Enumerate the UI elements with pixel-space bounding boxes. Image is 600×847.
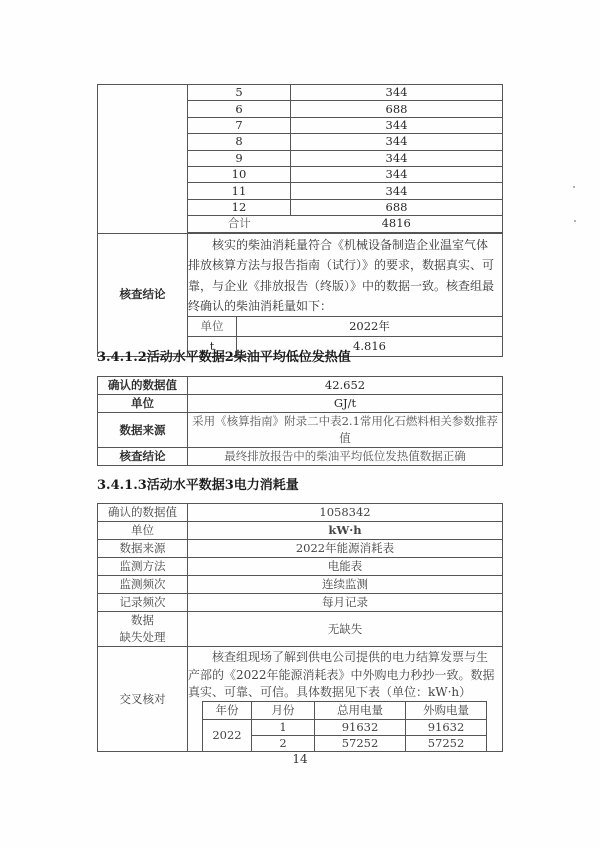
page-number: 14 — [0, 752, 600, 766]
scan-speck — [574, 220, 576, 222]
table-row: 单位kW·h — [98, 522, 503, 540]
row-value: 采用《核算指南》附录二中表2.1常用化石燃料相关参数推荐值 — [188, 413, 503, 448]
value-cell: 344 — [291, 134, 503, 150]
row-label: 确认的数据值 — [98, 504, 188, 522]
row-label: 单位 — [98, 395, 188, 413]
value-cell: 344 — [291, 183, 503, 199]
month-cell: 1 — [252, 720, 315, 736]
value-cell: 344 — [291, 166, 503, 182]
row-value: 1058342 — [188, 504, 503, 522]
table-row: 核查结论最终排放报告中的柴油平均低位发热值数据正确 — [98, 448, 503, 466]
table-row: 7344 — [188, 117, 502, 133]
value-cell: 344 — [291, 117, 503, 133]
value-cell: 344 — [291, 150, 503, 166]
table-row: 监测频次连续监测 — [98, 576, 503, 594]
value-cell: 688 — [291, 199, 503, 215]
row-label: 核查结论 — [98, 448, 188, 466]
empty-label-cell — [98, 85, 188, 234]
conclusion-label: 核查结论 — [98, 233, 188, 356]
section-heading: 3.4.1.3活动水平数据3电力消耗量 — [97, 474, 299, 493]
cross-check-label: 交叉核对 — [98, 647, 188, 752]
row-value: 电能表 — [188, 558, 503, 576]
month-cell: 6 — [188, 101, 291, 117]
month-cell: 9 — [188, 150, 291, 166]
table-header-row: 年份 月份 总用电量 外购电量 — [203, 702, 487, 720]
month-cell: 8 — [188, 134, 291, 150]
header-cell: 2022年 — [237, 316, 503, 336]
table-row: 2022 1 91632 91632 — [203, 720, 487, 736]
table-row: 单位GJ/t — [98, 395, 503, 413]
monthly-table: 5344 6688 7344 8344 9344 10344 11344 126… — [188, 85, 502, 233]
table-row: 10344 — [188, 166, 502, 182]
conclusion-cell: 核实的柴油消耗量符合《机械设备制造企业温室气体排放核算方法与报告指南（试行）》的… — [188, 233, 503, 356]
total-value: 4816 — [291, 216, 503, 232]
header-cell: 年份 — [203, 702, 252, 720]
header-cell: 单位 — [188, 316, 237, 336]
table-row: 监测方法电能表 — [98, 558, 503, 576]
row-value: 42.652 — [188, 377, 503, 395]
month-cell: 11 — [188, 183, 291, 199]
row-label: 数据 缺失处理 — [98, 612, 188, 647]
diesel-consumption-table: 5344 6688 7344 8344 9344 10344 11344 126… — [97, 84, 503, 357]
table-row: 9344 — [188, 150, 502, 166]
row-label: 数据来源 — [98, 413, 188, 448]
section-heading: 3.4.1.2活动水平数据2柴油平均低位发热值 — [97, 346, 351, 365]
table-row: 记录频次每月记录 — [98, 594, 503, 612]
cross-check-row: 交叉核对 核查组现场了解到供电公司提供的电力结算发票与生产部的《2022年能源消… — [98, 647, 503, 752]
table-row: 单位 2022年 — [188, 316, 502, 336]
scan-speck — [573, 186, 575, 188]
row-value: kW·h — [188, 522, 503, 540]
heat-value-table: 确认的数据值42.652 单位GJ/t 数据来源采用《核算指南》附录二中表2.1… — [97, 376, 503, 466]
total-row: 合计4816 — [188, 216, 502, 232]
header-cell: 月份 — [252, 702, 315, 720]
month-cell: 12 — [188, 199, 291, 215]
table-row: 确认的数据值1058342 — [98, 504, 503, 522]
monthly-electricity-table: 年份 月份 总用电量 外购电量 2022 1 91632 91632 2 572… — [202, 701, 487, 751]
label-line: 数据 — [98, 612, 187, 629]
table-row: 数据 缺失处理 无缺失 — [98, 612, 503, 647]
row-label: 监测频次 — [98, 576, 188, 594]
row-value: 每月记录 — [188, 594, 503, 612]
conclusion-text: 核实的柴油消耗量符合《机械设备制造企业温室气体排放核算方法与报告指南（试行）》的… — [188, 234, 502, 316]
table-row: 5344 — [188, 85, 502, 101]
value-cell: 344 — [291, 85, 503, 101]
header-cell: 总用电量 — [315, 702, 406, 720]
row-value: 2022年能源消耗表 — [188, 540, 503, 558]
row-value: 无缺失 — [188, 612, 503, 647]
month-cell: 10 — [188, 166, 291, 182]
table-row: 数据来源2022年能源消耗表 — [98, 540, 503, 558]
total-label: 合计 — [188, 216, 291, 232]
cross-check-cell: 核查组现场了解到供电公司提供的电力结算发票与生产部的《2022年能源消耗表》中外… — [188, 647, 503, 752]
table-row: 12688 — [188, 199, 502, 215]
purchased-cell: 91632 — [406, 720, 487, 736]
table-row: 8344 — [188, 134, 502, 150]
row-value: GJ/t — [188, 395, 503, 413]
value-cell: 688 — [291, 101, 503, 117]
row-label: 数据来源 — [98, 540, 188, 558]
table-row: 6688 — [188, 101, 502, 117]
purchased-cell: 57252 — [406, 736, 487, 752]
cross-check-text: 核查组现场了解到供电公司提供的电力结算发票与生产部的《2022年能源消耗表》中外… — [188, 647, 502, 701]
table-row: 数据来源采用《核算指南》附录二中表2.1常用化石燃料相关参数推荐值 — [98, 413, 503, 448]
table-row: 确认的数据值42.652 — [98, 377, 503, 395]
month-cell: 2 — [252, 736, 315, 752]
total-cell: 57252 — [315, 736, 406, 752]
label-line: 缺失处理 — [98, 629, 187, 646]
row-label: 确认的数据值 — [98, 377, 188, 395]
row-label: 单位 — [98, 522, 188, 540]
header-cell: 外购电量 — [406, 702, 487, 720]
electricity-table: 确认的数据值1058342 单位kW·h 数据来源2022年能源消耗表 监测方法… — [97, 503, 503, 752]
month-cell: 7 — [188, 117, 291, 133]
table-row: 11344 — [188, 183, 502, 199]
row-value: 最终排放报告中的柴油平均低位发热值数据正确 — [188, 448, 503, 466]
row-label: 监测方法 — [98, 558, 188, 576]
year-cell: 2022 — [203, 720, 252, 752]
row-label: 记录频次 — [98, 594, 188, 612]
row-value: 连续监测 — [188, 576, 503, 594]
monthly-data-cell: 5344 6688 7344 8344 9344 10344 11344 126… — [188, 85, 503, 234]
month-cell: 5 — [188, 85, 291, 101]
total-cell: 91632 — [315, 720, 406, 736]
